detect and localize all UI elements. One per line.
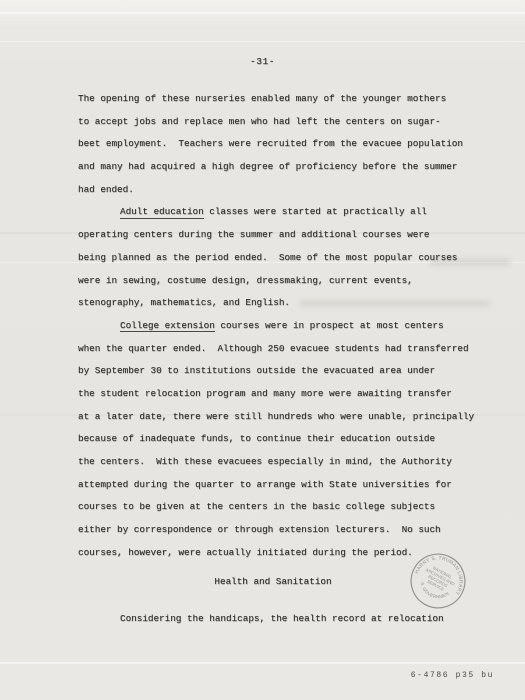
text-line: being planned as the period ended. Some … — [78, 247, 488, 270]
text-line: either by correspondence or through exte… — [78, 519, 488, 542]
text-line: by September 30 to institutions outside … — [78, 360, 488, 383]
text-line: attempted during the quarter to arrange … — [78, 474, 488, 497]
text-line: College extension courses were in prospe… — [78, 315, 488, 338]
text-line: The opening of these nurseries enabled m… — [78, 88, 488, 111]
underlined-term-college-extension: College extension — [120, 320, 215, 333]
text-line: Adult education classes were started at … — [78, 201, 488, 224]
text-line: stenography, mathematics, and English. — [78, 292, 488, 315]
document-page: -31- The opening of these nurseries enab… — [0, 0, 525, 700]
text-line: and many had acquired a high degree of p… — [78, 156, 488, 179]
text-line: Considering the handicaps, the health re… — [120, 608, 444, 631]
text-run: classes were started at practically all — [204, 206, 427, 217]
text-run: courses were in prospect at most centers — [215, 320, 444, 331]
text-line: when the quarter ended. Although 250 eva… — [78, 338, 488, 361]
text-line: at a later date, there were still hundre… — [78, 406, 488, 429]
text-line: the centers. With these evacuees especia… — [78, 451, 488, 474]
text-line: because of inadequate funds, to continue… — [78, 428, 488, 451]
text-line: were in sewing, costume design, dressmak… — [78, 270, 488, 293]
underlined-term-adult-education: Adult education — [120, 206, 204, 219]
page-number: -31- — [0, 56, 525, 67]
body-text: The opening of these nurseries enabled m… — [78, 88, 488, 564]
text-line: operating centers during the summer and … — [78, 224, 488, 247]
text-line: the student relocation program and many … — [78, 383, 488, 406]
text-line: courses to be given at the centers in th… — [78, 496, 488, 519]
text-line: beet employment. Teachers were recruited… — [78, 133, 488, 156]
text-line: to accept jobs and replace men who had l… — [78, 111, 488, 134]
footer-code: 6-4786 p35 bu — [411, 671, 494, 680]
text-line: had ended. — [78, 179, 488, 202]
